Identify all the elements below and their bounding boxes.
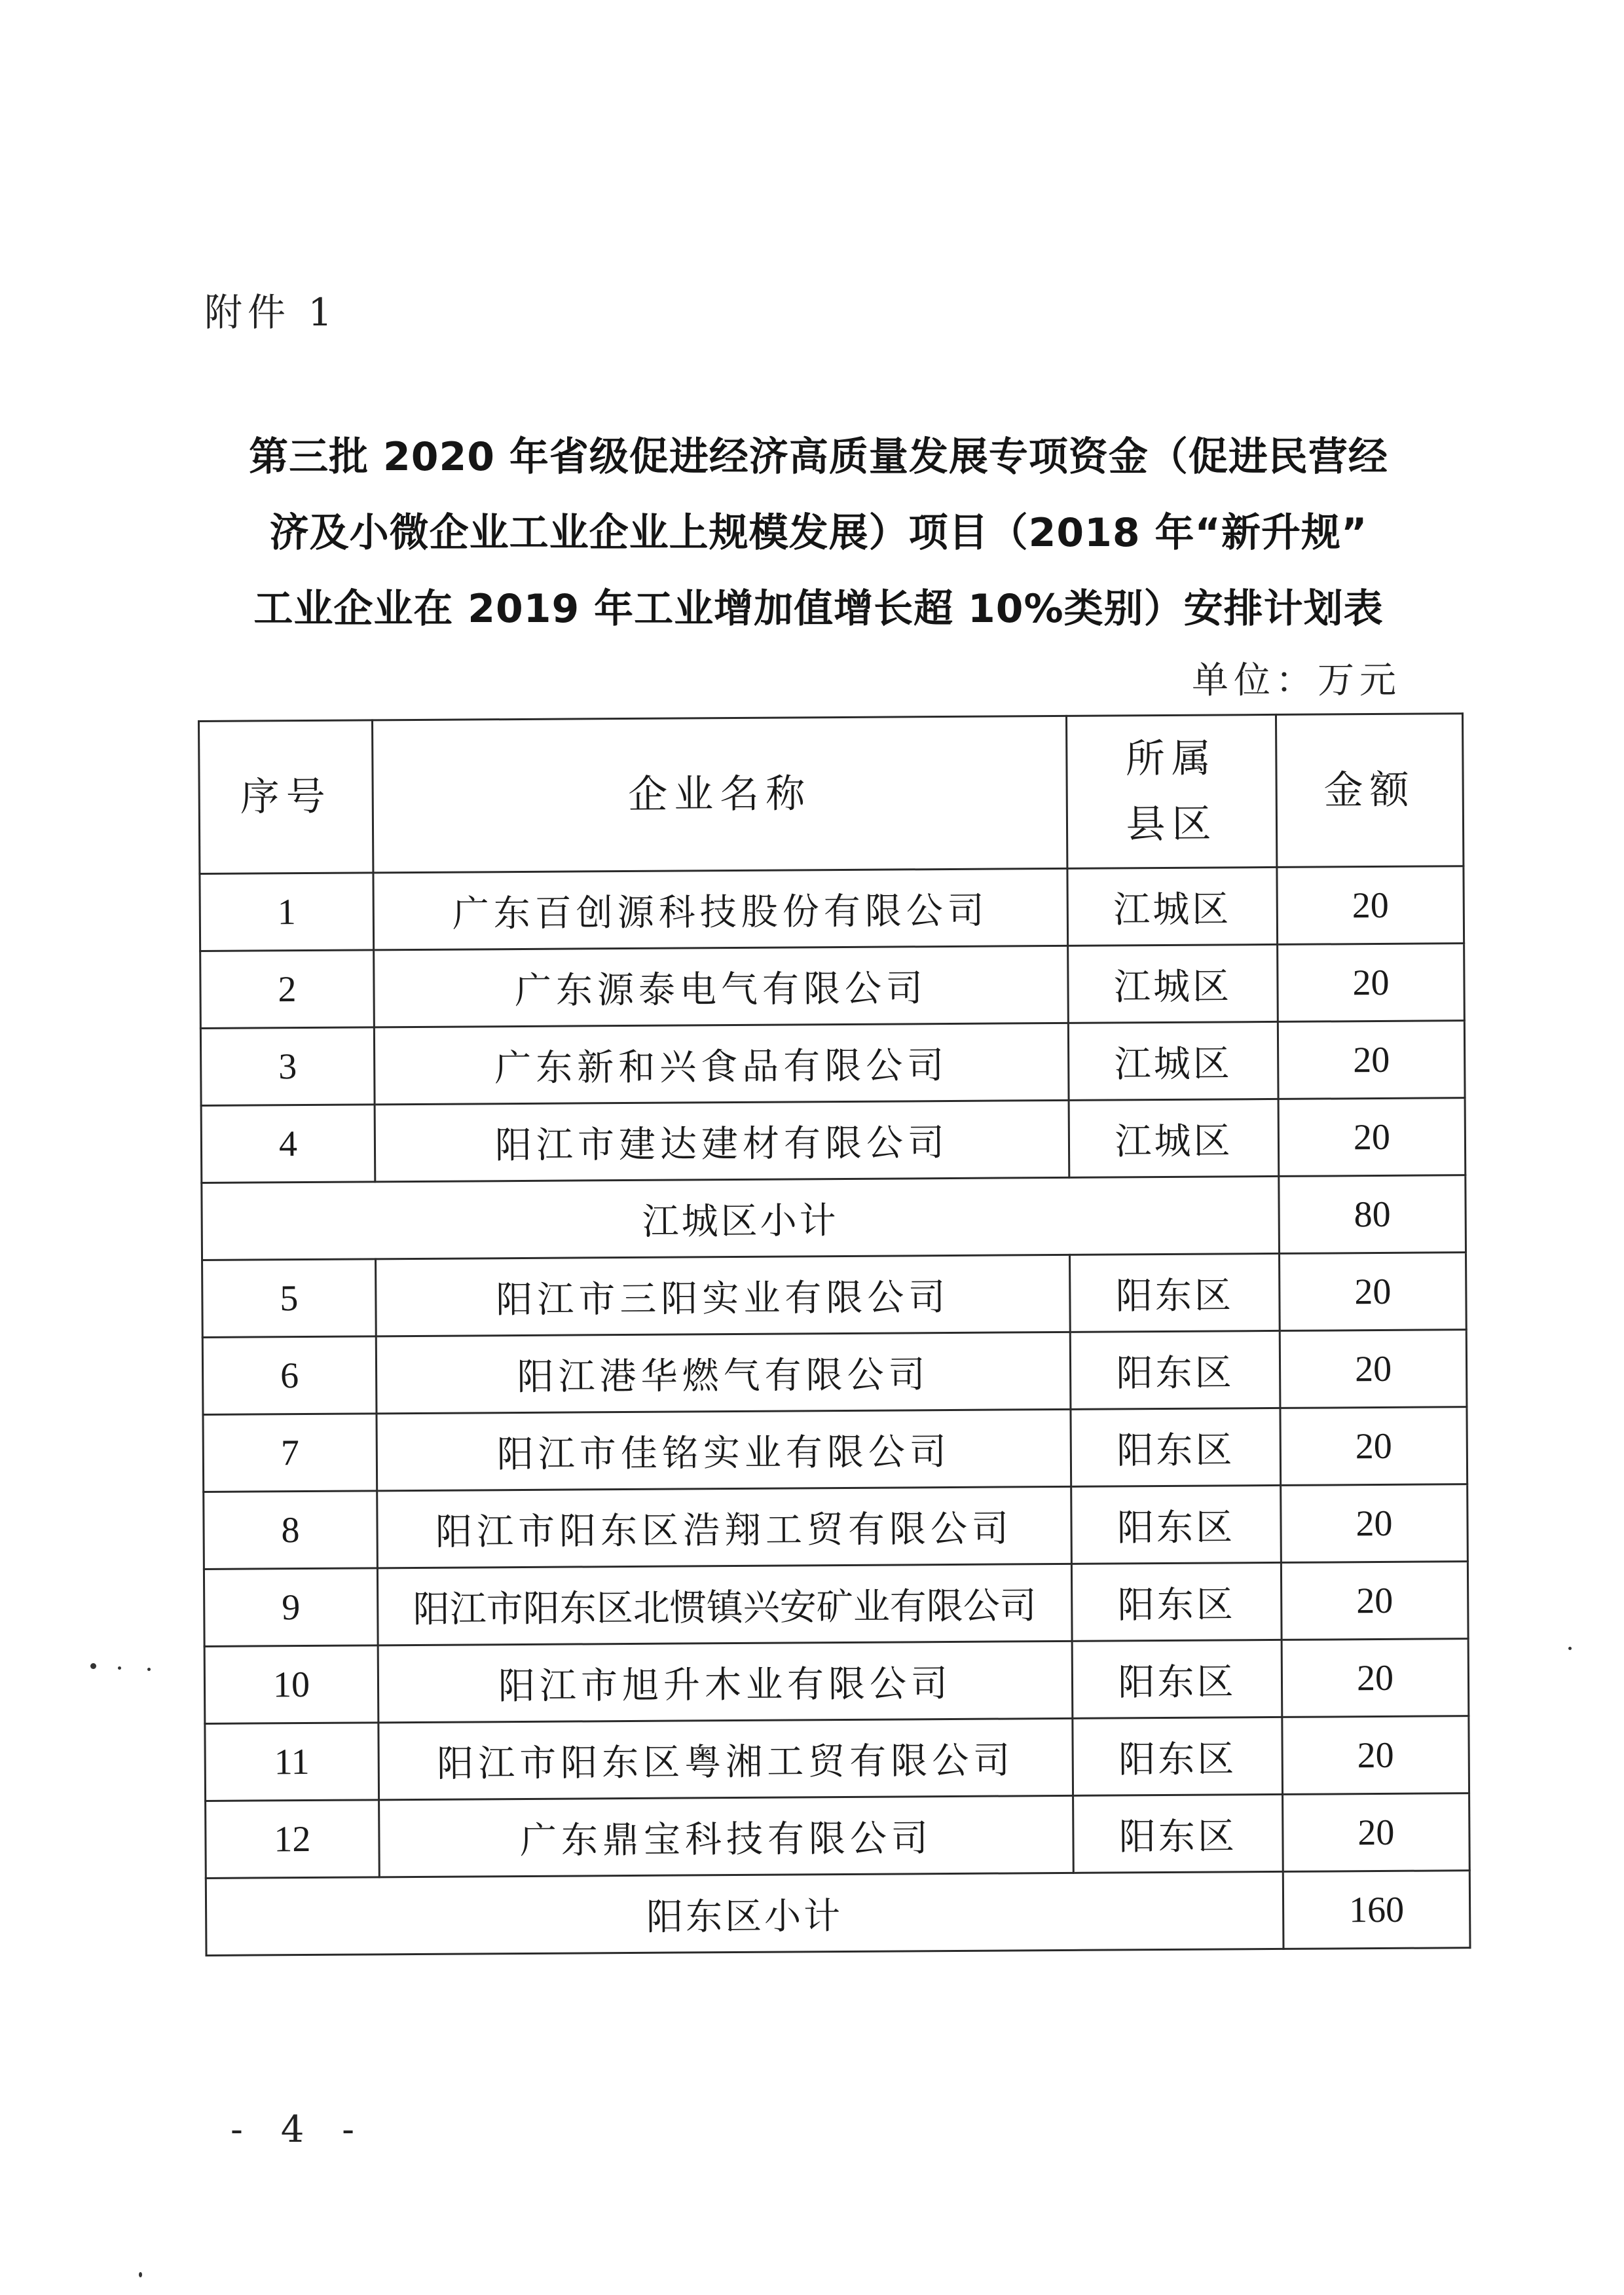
header-company: 企业名称 bbox=[373, 716, 1067, 872]
row-company: 广东源泰电气有限公司 bbox=[374, 946, 1069, 1027]
row-index: 10 bbox=[204, 1645, 378, 1724]
row-index: 3 bbox=[200, 1027, 375, 1106]
header-county-line1: 所属 bbox=[1126, 735, 1217, 782]
header-county-line2: 县区 bbox=[1126, 801, 1217, 847]
table-row: 10 阳江市旭升木业有限公司 阳东区 20 bbox=[204, 1639, 1469, 1724]
subtotal-amount: 160 bbox=[1283, 1871, 1470, 1949]
row-amount: 20 bbox=[1280, 1253, 1467, 1331]
table-row: 8 阳江市阳东区浩翔工贸有限公司 阳东区 20 bbox=[204, 1484, 1468, 1570]
attachment-label: 附件 1 bbox=[204, 282, 337, 337]
table-row: 9 阳江市阳东区北惯镇兴安矿业有限公司 阳东区 20 bbox=[204, 1562, 1468, 1647]
row-company: 阳江市三阳实业有限公司 bbox=[376, 1255, 1071, 1336]
document-title: 第三批 2020 年省级促进经济高质量发展专项资金（促进民营经 济及小微企业工业… bbox=[196, 419, 1441, 647]
row-county: 江城区 bbox=[1069, 1099, 1279, 1177]
table-row: 6 阳江港华燃气有限公司 阳东区 20 bbox=[202, 1330, 1467, 1415]
subtotal-amount: 80 bbox=[1279, 1175, 1466, 1254]
row-index: 8 bbox=[204, 1491, 378, 1570]
funding-plan-table: 序号 企业名称 所属 县区 金额 1 广东百创源科技股份有限公司 江城区 20 … bbox=[198, 712, 1471, 1956]
row-county: 江城区 bbox=[1067, 867, 1278, 946]
row-company: 广东鼎宝科技有限公司 bbox=[379, 1795, 1074, 1877]
row-amount: 20 bbox=[1280, 1407, 1467, 1486]
row-company: 阳江市阳东区浩翔工贸有限公司 bbox=[377, 1486, 1072, 1568]
row-amount: 20 bbox=[1278, 944, 1465, 1022]
row-index: 9 bbox=[204, 1568, 378, 1647]
row-index: 4 bbox=[201, 1105, 375, 1183]
row-county: 阳东区 bbox=[1071, 1408, 1281, 1486]
table-row: 3 广东新和兴食品有限公司 江城区 20 bbox=[200, 1021, 1465, 1106]
row-county: 阳东区 bbox=[1071, 1485, 1282, 1564]
header-index: 序号 bbox=[199, 720, 373, 874]
subtotal-label: 江城区小计 bbox=[202, 1176, 1280, 1260]
row-company: 阳江市阳东区北惯镇兴安矿业有限公司 bbox=[377, 1564, 1072, 1645]
row-amount: 20 bbox=[1281, 1484, 1468, 1563]
row-index: 11 bbox=[205, 1723, 379, 1801]
header-county: 所属 县区 bbox=[1066, 714, 1276, 868]
row-amount: 20 bbox=[1280, 1330, 1467, 1408]
title-line-2: 济及小微企业工业企业上规模发展）项目（2018 年“新升规” bbox=[196, 495, 1441, 571]
title-line-3: 工业企业在 2019 年工业增加值增长超 10%类别）安排计划表 bbox=[196, 571, 1441, 647]
scan-speck bbox=[118, 1666, 121, 1670]
row-county: 阳东区 bbox=[1073, 1794, 1283, 1873]
row-county: 阳东区 bbox=[1070, 1331, 1280, 1409]
subtotal-row-jiangcheng: 江城区小计 80 bbox=[202, 1175, 1466, 1260]
table-row: 5 阳江市三阳实业有限公司 阳东区 20 bbox=[202, 1253, 1467, 1338]
row-index: 2 bbox=[200, 950, 375, 1029]
row-company: 广东新和兴食品有限公司 bbox=[374, 1023, 1069, 1104]
subtotal-label: 阳东区小计 bbox=[206, 1871, 1283, 1955]
row-index: 5 bbox=[202, 1259, 377, 1338]
header-amount: 金额 bbox=[1276, 714, 1463, 868]
row-county: 阳东区 bbox=[1071, 1562, 1282, 1641]
unit-label: 单位：万元 bbox=[1192, 652, 1401, 704]
table-row: 11 阳江市阳东区粤湘工贸有限公司 阳东区 20 bbox=[205, 1716, 1469, 1801]
row-company: 阳江市佳铭实业有限公司 bbox=[377, 1409, 1071, 1490]
row-index: 6 bbox=[202, 1336, 377, 1415]
table-row: 12 广东鼎宝科技有限公司 阳东区 20 bbox=[206, 1793, 1470, 1879]
row-amount: 20 bbox=[1277, 866, 1464, 945]
row-amount: 20 bbox=[1278, 1098, 1466, 1177]
row-county: 阳东区 bbox=[1070, 1253, 1280, 1332]
row-company: 阳江市旭升木业有限公司 bbox=[378, 1641, 1073, 1722]
row-county: 阳东区 bbox=[1072, 1640, 1282, 1718]
table-row: 7 阳江市佳铭实业有限公司 阳东区 20 bbox=[203, 1407, 1467, 1492]
title-line-1: 第三批 2020 年省级促进经济高质量发展专项资金（促进民营经 bbox=[196, 419, 1441, 495]
row-company: 阳江市阳东区粤湘工贸有限公司 bbox=[378, 1718, 1073, 1799]
table-header-row: 序号 企业名称 所属 县区 金额 bbox=[199, 714, 1464, 874]
row-amount: 20 bbox=[1281, 1562, 1468, 1640]
row-company: 阳江市建达建材有限公司 bbox=[375, 1100, 1069, 1181]
row-amount: 20 bbox=[1278, 1021, 1465, 1099]
row-index: 7 bbox=[203, 1414, 377, 1492]
row-county: 阳东区 bbox=[1073, 1717, 1283, 1795]
row-amount: 20 bbox=[1282, 1716, 1469, 1795]
row-company: 阳江港华燃气有限公司 bbox=[376, 1332, 1071, 1413]
table-row: 1 广东百创源科技股份有限公司 江城区 20 bbox=[200, 866, 1464, 951]
page-number: - 4 - bbox=[231, 2108, 367, 2151]
table-row: 4 阳江市建达建材有限公司 江城区 20 bbox=[201, 1098, 1466, 1183]
scan-speck bbox=[139, 2272, 142, 2277]
row-company: 广东百创源科技股份有限公司 bbox=[373, 868, 1068, 949]
row-index: 12 bbox=[206, 1800, 380, 1879]
table-row: 2 广东源泰电气有限公司 江城区 20 bbox=[200, 944, 1465, 1029]
row-county: 江城区 bbox=[1068, 1021, 1278, 1100]
row-index: 1 bbox=[200, 873, 374, 951]
row-amount: 20 bbox=[1283, 1793, 1470, 1872]
row-county: 江城区 bbox=[1068, 944, 1278, 1023]
scan-speck bbox=[1568, 1647, 1572, 1650]
scan-speck bbox=[90, 1663, 96, 1669]
row-amount: 20 bbox=[1282, 1639, 1469, 1717]
scan-speck bbox=[147, 1668, 151, 1671]
subtotal-row-yangdong: 阳东区小计 160 bbox=[206, 1871, 1470, 1956]
